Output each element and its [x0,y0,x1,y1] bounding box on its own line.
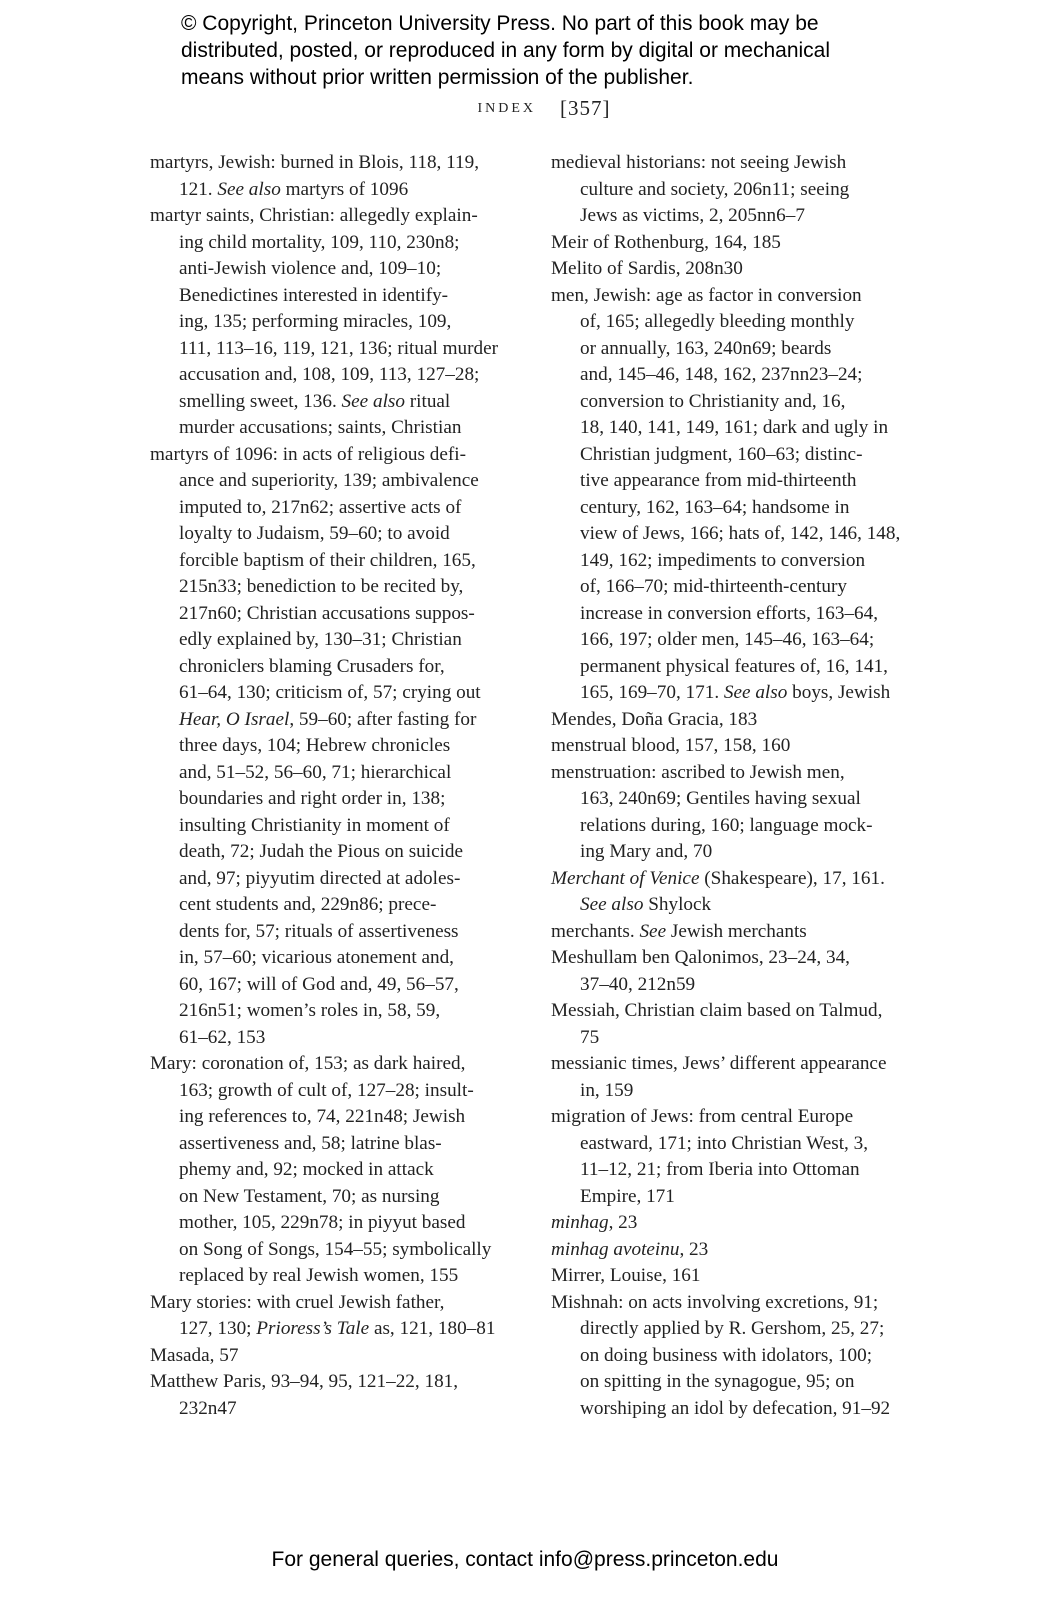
text: and, 97; piyyutim directed at adoles- [179,868,460,889]
text: mother, 105, 229n78; in piyyut based [179,1212,465,1233]
text: on spitting in the synagogue, 95; on [580,1371,854,1392]
text: cent students and, 229n86; prece- [179,894,436,915]
text: 60, 167; will of God and, 49, 56–57, [179,974,459,995]
entry-continuation-line: and, 51–52, 56–60, 71; hierarchical [179,760,520,787]
text: chroniclers blaming Crusaders for, [179,656,445,677]
entry-continuation-line: of, 166–70; mid-thirteenth-century [580,574,921,601]
text: in, 159 [580,1080,633,1101]
text: smelling sweet, 136. [179,391,342,412]
entry-continuation-line: 163; growth of cult of, 127–28; insult- [179,1078,520,1105]
entry-continuation-line: replaced by real Jewish women, 155 [179,1263,520,1290]
entry-continuation-line: worshiping an idol by defecation, 91–92 [580,1396,921,1423]
entry-continuation-line: on spitting in the synagogue, 95; on [580,1369,921,1396]
text: 163; growth of cult of, 127–28; insult- [179,1080,474,1101]
index-entry: menstruation: ascribed to Jewish men,163… [551,760,921,866]
index-entry: minhag, 23 [551,1210,921,1237]
text: tive appearance from mid-thirteenth [580,470,857,491]
entry-continuation-line: death, 72; Judah the Pious on suicide [179,839,520,866]
text: culture and society, 206n11; seeing [580,179,849,200]
text: , 59–60; after fasting for [289,709,476,730]
entry-heading-line: martyrs, Jewish: burned in Blois, 118, 1… [150,150,520,177]
italic-text: minhag avoteinu [551,1239,679,1260]
entry-continuation-line: 127, 130; Prioress’s Tale as, 121, 180–8… [179,1316,520,1343]
text: on doing business with idolators, 100; [580,1345,872,1366]
italic-text: minhag [551,1212,609,1233]
text: 121. [179,179,217,200]
entry-continuation-line: mother, 105, 229n78; in piyyut based [179,1210,520,1237]
text: Mary stories: with cruel Jewish father, [150,1292,444,1313]
text: Mary: coronation of, 153; as dark haired… [150,1053,465,1074]
text: Mendes, Doña Gracia, 183 [551,709,757,730]
text: and, 51–52, 56–60, 71; hierarchical [179,762,451,783]
text: 61–64, 130; criticism of, 57; crying out [179,682,481,703]
entry-continuation-line: 163, 240n69; Gentiles having sexual [580,786,921,813]
page-number: [357] [560,96,611,121]
text: ing Mary and, 70 [580,841,712,862]
text: ritual [405,391,450,412]
entry-continuation-line: conversion to Christianity and, 16, [580,389,921,416]
entry-continuation-line: culture and society, 206n11; seeing [580,177,921,204]
entry-continuation-line: Benedictines interested in identify- [179,283,520,310]
footer-contact: For general queries, contact info@press.… [0,1548,1050,1572]
text: Masada, 57 [150,1345,238,1366]
text: 232n47 [179,1398,237,1419]
entry-continuation-line: 149, 162; impediments to conversion [580,548,921,575]
text: 216n51; women’s roles in, 58, 59, [179,1000,440,1021]
index-entry: Melito of Sardis, 208n30 [551,256,921,283]
text: Meir of Rothenburg, 164, 185 [551,232,781,253]
index-entry: merchants. See Jewish merchants [551,919,921,946]
text: boundaries and right order in, 138; [179,788,445,809]
entry-continuation-line: 11–12, 21; from Iberia into Ottoman [580,1157,921,1184]
entry-continuation-line: insulting Christianity in moment of [179,813,520,840]
text: 75 [580,1027,599,1048]
text: 127, 130; [179,1318,256,1339]
italic-text: Prioress’s Tale [256,1318,369,1339]
entry-continuation-line: cent students and, 229n86; prece- [179,892,520,919]
text: , 23 [679,1239,708,1260]
text: century, 162, 163–64; handsome in [580,497,849,518]
entry-continuation-line: 75 [580,1025,921,1052]
entry-continuation-line: on doing business with idolators, 100; [580,1343,921,1370]
text: 11–12, 21; from Iberia into Ottoman [580,1159,860,1180]
italic-text: See also [217,179,280,200]
italic-text: Hear, O Israel [179,709,289,730]
text: as, 121, 180–81 [369,1318,495,1339]
index-entry: Meir of Rothenburg, 164, 185 [551,230,921,257]
entry-continuation-line: 37–40, 212n59 [580,972,921,999]
text: permanent physical features of, 16, 141, [580,656,888,677]
entry-heading-line: Melito of Sardis, 208n30 [551,256,921,283]
entry-continuation-line: and, 97; piyyutim directed at adoles- [179,866,520,893]
text: imputed to, 217n62; assertive acts of [179,497,461,518]
entry-heading-line: Masada, 57 [150,1343,520,1370]
entry-continuation-line: tive appearance from mid-thirteenth [580,468,921,495]
text: three days, 104; Hebrew chronicles [179,735,450,756]
entry-continuation-line: 232n47 [179,1396,520,1423]
entry-continuation-line: directly applied by R. Gershom, 25, 27; [580,1316,921,1343]
text: migration of Jews: from central Europe [551,1106,853,1127]
text: messianic times, Jews’ different appeara… [551,1053,886,1074]
text: martyrs of 1096: in acts of religious de… [150,444,466,465]
text: assertiveness and, 58; latrine blas- [179,1133,442,1154]
text: accusation and, 108, 109, 113, 127–28; [179,364,479,385]
entry-continuation-line: imputed to, 217n62; assertive acts of [179,495,520,522]
text: martyr saints, Christian: allegedly expl… [150,205,478,226]
entry-heading-line: Mary: coronation of, 153; as dark haired… [150,1051,520,1078]
entry-continuation-line: loyalty to Judaism, 59–60; to avoid [179,521,520,548]
text: on Song of Songs, 154–55; symbolically [179,1239,491,1260]
entry-heading-line: menstrual blood, 157, 158, 160 [551,733,921,760]
text: 166, 197; older men, 145–46, 163–64; [580,629,874,650]
text: anti-Jewish violence and, 109–10; [179,258,441,279]
text: men, Jewish: age as factor in conversion [551,285,862,306]
entry-continuation-line: or annually, 163, 240n69; beards [580,336,921,363]
entry-heading-line: Messiah, Christian claim based on Talmud… [551,998,921,1025]
italic-text: See also [580,894,643,915]
text: dents for, 57; rituals of assertiveness [179,921,459,942]
text: and, 145–46, 148, 162, 237nn23–24; [580,364,862,385]
text: 18, 140, 141, 149, 161; dark and ugly in [580,417,888,438]
entry-continuation-line: assertiveness and, 58; latrine blas- [179,1131,520,1158]
text: Shylock [643,894,711,915]
italic-text: Merchant of Venice [551,868,699,889]
text: view of Jews, 166; hats of, 142, 146, 14… [580,523,900,544]
text: Jews as victims, 2, 205nn6–7 [580,205,805,226]
text: Mishnah: on acts involving excretions, 9… [551,1292,878,1313]
index-entry: martyr saints, Christian: allegedly expl… [150,203,520,442]
entry-continuation-line: See also Shylock [580,892,921,919]
text: 217n60; Christian accusations suppos- [179,603,475,624]
text: Benedictines interested in identify- [179,285,448,306]
text: Mirrer, Louise, 161 [551,1265,701,1286]
text: martyrs of 1096 [281,179,408,200]
entry-continuation-line: Jews as victims, 2, 205nn6–7 [580,203,921,230]
italic-text: See [639,921,666,942]
index-entry: Messiah, Christian claim based on Talmud… [551,998,921,1051]
text: loyalty to Judaism, 59–60; to avoid [179,523,450,544]
entry-continuation-line: 61–64, 130; criticism of, 57; crying out [179,680,520,707]
entry-continuation-line: 121. See also martyrs of 1096 [179,177,520,204]
entry-continuation-line: Hear, O Israel, 59–60; after fasting for [179,707,520,734]
text: 37–40, 212n59 [580,974,695,995]
text: worshiping an idol by defecation, 91–92 [580,1398,890,1419]
entry-heading-line: minhag, 23 [551,1210,921,1237]
text: Meshullam ben Qalonimos, 23–24, 34, [551,947,850,968]
text: ance and superiority, 139; ambivalence [179,470,479,491]
index-entry: martyrs, Jewish: burned in Blois, 118, 1… [150,150,520,203]
index-entry: messianic times, Jews’ different appeara… [551,1051,921,1104]
entry-heading-line: migration of Jews: from central Europe [551,1104,921,1131]
entry-continuation-line: 165, 169–70, 171. See also boys, Jewish [580,680,921,707]
text: merchants. [551,921,639,942]
entry-heading-line: Mirrer, Louise, 161 [551,1263,921,1290]
entry-continuation-line: ing Mary and, 70 [580,839,921,866]
text: 61–62, 153 [179,1027,265,1048]
entry-continuation-line: of, 165; allegedly bleeding monthly [580,309,921,336]
entry-continuation-line: permanent physical features of, 16, 141, [580,654,921,681]
entry-continuation-line: boundaries and right order in, 138; [179,786,520,813]
text: martyrs, Jewish: burned in Blois, 118, 1… [150,152,479,173]
text: 149, 162; impediments to conversion [580,550,865,571]
copyright-line: distributed, posted, or reproduced in an… [181,37,901,64]
entry-continuation-line: ance and superiority, 139; ambivalence [179,468,520,495]
text: boys, Jewish [787,682,890,703]
entry-heading-line: martyrs of 1096: in acts of religious de… [150,442,520,469]
running-head: Index [357] [0,96,1050,121]
entry-continuation-line: ing, 135; performing miracles, 109, [179,309,520,336]
text: murder accusations; saints, Christian [179,417,461,438]
entry-continuation-line: smelling sweet, 136. See also ritual [179,389,520,416]
entry-continuation-line: 217n60; Christian accusations suppos- [179,601,520,628]
index-entry: minhag avoteinu, 23 [551,1237,921,1264]
index-entry: Mishnah: on acts involving excretions, 9… [551,1290,921,1423]
entry-continuation-line: accusation and, 108, 109, 113, 127–28; [179,362,520,389]
entry-heading-line: Mendes, Doña Gracia, 183 [551,707,921,734]
entry-continuation-line: ing references to, 74, 221n48; Jewish [179,1104,520,1131]
entry-continuation-line: 18, 140, 141, 149, 161; dark and ugly in [580,415,921,442]
entry-heading-line: medieval historians: not seeing Jewish [551,150,921,177]
text: or annually, 163, 240n69; beards [580,338,831,359]
entry-continuation-line: phemy and, 92; mocked in attack [179,1157,520,1184]
entry-continuation-line: century, 162, 163–64; handsome in [580,495,921,522]
index-entry: men, Jewish: age as factor in conversion… [551,283,921,707]
entry-continuation-line: in, 57–60; vicarious atonement and, [179,945,520,972]
text: 163, 240n69; Gentiles having sexual [580,788,861,809]
copyright-line: © Copyright, Princeton University Press.… [181,10,901,37]
text: Christian judgment, 160–63; distinc- [580,444,862,465]
text: relations during, 160; language mock- [580,815,873,836]
index-entry: Merchant of Venice (Shakespeare), 17, 16… [551,866,921,919]
entry-heading-line: men, Jewish: age as factor in conversion [551,283,921,310]
text: 215n33; benediction to be recited by, [179,576,463,597]
text: insulting Christianity in moment of [179,815,450,836]
text: menstruation: ascribed to Jewish men, [551,762,845,783]
entry-continuation-line: 111, 113–16, 119, 121, 136; ritual murde… [179,336,520,363]
text: 165, 169–70, 171. [580,682,724,703]
text: , 23 [609,1212,638,1233]
index-entry: Masada, 57 [150,1343,520,1370]
entry-heading-line: merchants. See Jewish merchants [551,919,921,946]
index-entry: menstrual blood, 157, 158, 160 [551,733,921,760]
entry-continuation-line: dents for, 57; rituals of assertiveness [179,919,520,946]
copyright-line: means without prior written permission o… [181,64,901,91]
entry-continuation-line: 61–62, 153 [179,1025,520,1052]
index-entry: Mirrer, Louise, 161 [551,1263,921,1290]
index-column-left: martyrs, Jewish: burned in Blois, 118, 1… [150,150,520,1422]
entry-continuation-line: chroniclers blaming Crusaders for, [179,654,520,681]
text: menstrual blood, 157, 158, 160 [551,735,790,756]
text: Jewish merchants [666,921,807,942]
entry-continuation-line: Christian judgment, 160–63; distinc- [580,442,921,469]
text: ing, 135; performing miracles, 109, [179,311,451,332]
text: ing references to, 74, 221n48; Jewish [179,1106,465,1127]
text: phemy and, 92; mocked in attack [179,1159,434,1180]
entry-heading-line: Matthew Paris, 93–94, 95, 121–22, 181, [150,1369,520,1396]
entry-heading-line: messianic times, Jews’ different appeara… [551,1051,921,1078]
entry-heading-line: minhag avoteinu, 23 [551,1237,921,1264]
index-column-right: medieval historians: not seeing Jewishcu… [551,150,921,1422]
entry-continuation-line: murder accusations; saints, Christian [179,415,520,442]
entry-continuation-line: three days, 104; Hebrew chronicles [179,733,520,760]
text: of, 165; allegedly bleeding monthly [580,311,854,332]
text: replaced by real Jewish women, 155 [179,1265,458,1286]
entry-continuation-line: in, 159 [580,1078,921,1105]
entry-continuation-line: edly explained by, 130–31; Christian [179,627,520,654]
text: 111, 113–16, 119, 121, 136; ritual murde… [179,338,498,359]
text: ing child mortality, 109, 110, 230n8; [179,232,460,253]
entry-continuation-line: 216n51; women’s roles in, 58, 59, [179,998,520,1025]
entry-continuation-line: on New Testament, 70; as nursing [179,1184,520,1211]
entry-heading-line: Merchant of Venice (Shakespeare), 17, 16… [551,866,921,893]
entry-heading-line: martyr saints, Christian: allegedly expl… [150,203,520,230]
entry-heading-line: Meir of Rothenburg, 164, 185 [551,230,921,257]
text: eastward, 171; into Christian West, 3, [580,1133,868,1154]
text: of, 166–70; mid-thirteenth-century [580,576,847,597]
text: (Shakespeare), 17, 161. [699,868,884,889]
index-entry: migration of Jews: from central Europeea… [551,1104,921,1210]
entry-continuation-line: ing child mortality, 109, 110, 230n8; [179,230,520,257]
entry-continuation-line: increase in conversion efforts, 163–64, [580,601,921,628]
text: edly explained by, 130–31; Christian [179,629,462,650]
entry-continuation-line: 60, 167; will of God and, 49, 56–57, [179,972,520,999]
italic-text: See also [724,682,787,703]
entry-continuation-line: 166, 197; older men, 145–46, 163–64; [580,627,921,654]
entry-heading-line: Mary stories: with cruel Jewish father, [150,1290,520,1317]
text: Empire, 171 [580,1186,675,1207]
entry-continuation-line: 215n33; benediction to be recited by, [179,574,520,601]
copyright-notice: © Copyright, Princeton University Press.… [181,10,901,91]
text: conversion to Christianity and, 16, [580,391,845,412]
text: directly applied by R. Gershom, 25, 27; [580,1318,884,1339]
entry-heading-line: Meshullam ben Qalonimos, 23–24, 34, [551,945,921,972]
entry-continuation-line: forcible baptism of their children, 165, [179,548,520,575]
entry-continuation-line: eastward, 171; into Christian West, 3, [580,1131,921,1158]
text: Melito of Sardis, 208n30 [551,258,743,279]
index-entry: Mary: coronation of, 153; as dark haired… [150,1051,520,1290]
entry-continuation-line: view of Jews, 166; hats of, 142, 146, 14… [580,521,921,548]
text: in, 57–60; vicarious atonement and, [179,947,454,968]
text: Messiah, Christian claim based on Talmud… [551,1000,882,1021]
entry-heading-line: Mishnah: on acts involving excretions, 9… [551,1290,921,1317]
index-entry: medieval historians: not seeing Jewishcu… [551,150,921,230]
text: death, 72; Judah the Pious on suicide [179,841,463,862]
text: forcible baptism of their children, 165, [179,550,476,571]
entry-heading-line: menstruation: ascribed to Jewish men, [551,760,921,787]
index-entry: martyrs of 1096: in acts of religious de… [150,442,520,1052]
index-entry: Mary stories: with cruel Jewish father,1… [150,1290,520,1343]
entry-continuation-line: anti-Jewish violence and, 109–10; [179,256,520,283]
index-entry: Meshullam ben Qalonimos, 23–24, 34,37–40… [551,945,921,998]
entry-continuation-line: relations during, 160; language mock- [580,813,921,840]
italic-text: See also [342,391,405,412]
index-entry: Matthew Paris, 93–94, 95, 121–22, 181,23… [150,1369,520,1422]
entry-continuation-line: on Song of Songs, 154–55; symbolically [179,1237,520,1264]
section-title: Index [477,101,536,117]
entry-continuation-line: Empire, 171 [580,1184,921,1211]
text: on New Testament, 70; as nursing [179,1186,440,1207]
text: increase in conversion efforts, 163–64, [580,603,878,624]
text: medieval historians: not seeing Jewish [551,152,846,173]
text: Matthew Paris, 93–94, 95, 121–22, 181, [150,1371,458,1392]
entry-continuation-line: and, 145–46, 148, 162, 237nn23–24; [580,362,921,389]
index-entry: Mendes, Doña Gracia, 183 [551,707,921,734]
